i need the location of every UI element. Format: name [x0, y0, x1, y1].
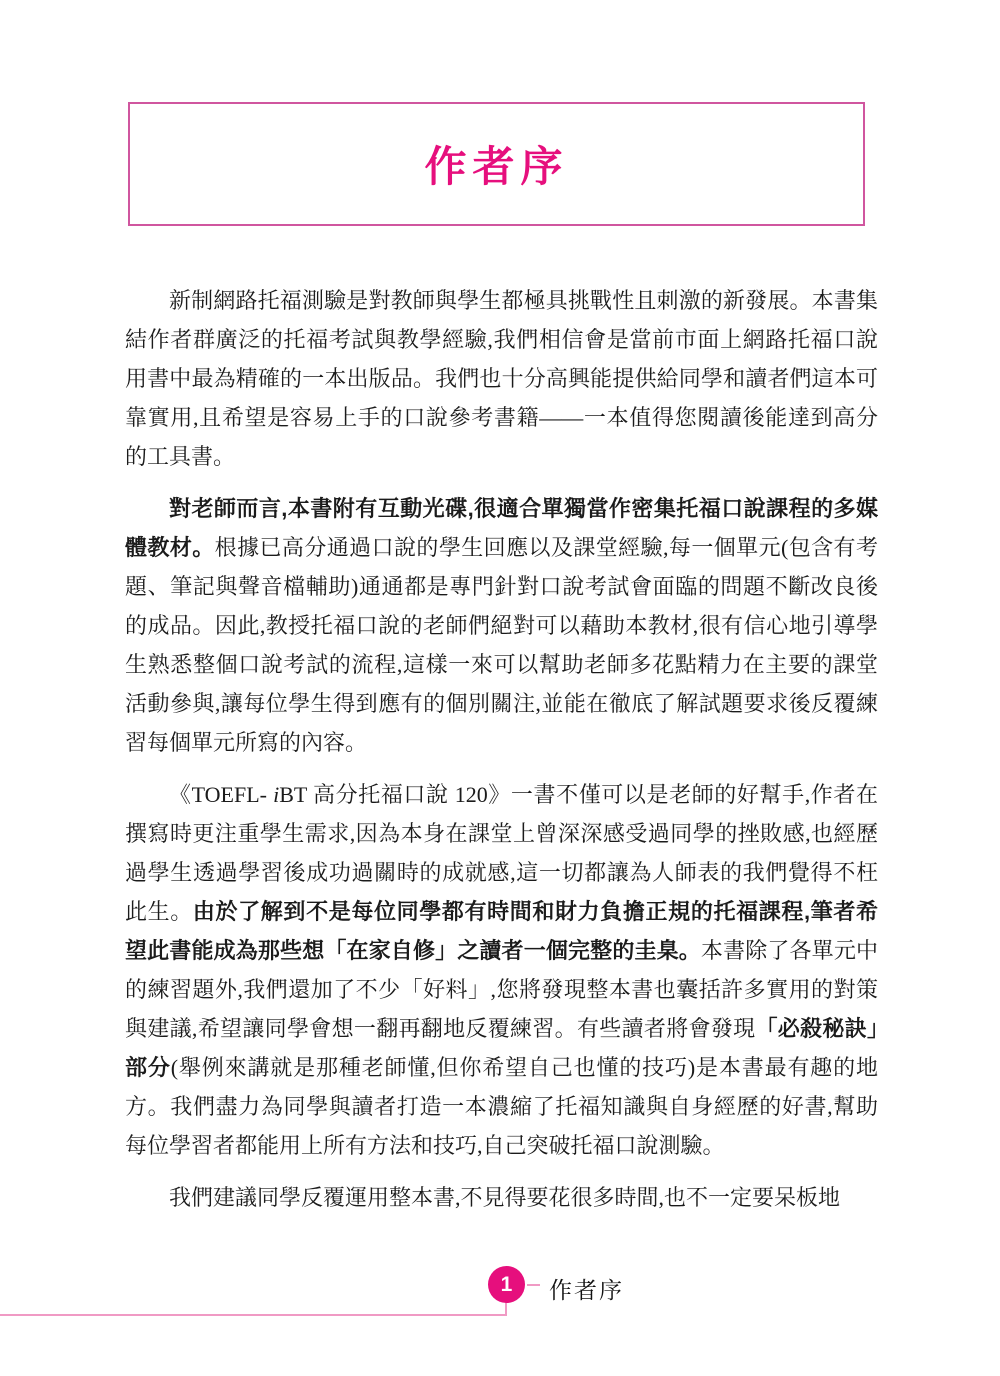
paragraph: 我們建議同學反覆運用整本書,不見得要花很多時間,也不一定要呆板地: [125, 1178, 878, 1217]
footer-rule-horizontal: [0, 1314, 507, 1316]
book-page: 作者序 新制網路托福測驗是對教師與學生都極具挑戰性且刺激的新發展。本書集結作者群…: [0, 0, 1000, 1376]
body-text-segment: 新制網路托福測驗是對教師與學生都極具挑戰性且刺激的新發展。本書集結作者群廣泛的托…: [125, 288, 878, 469]
paragraph: 《TOEFL- iBT 高分托福口說 120》一書不僅可以是老師的好幫手,作者在…: [125, 775, 878, 1165]
body-text-segment: 我們建議同學反覆運用整本書,不見得要花很多時間,也不一定要呆板地: [169, 1185, 840, 1210]
paragraph: 對老師而言,本書附有互動光碟,很適合單獨當作密集托福口說課程的多媒體教材。根據已…: [125, 489, 878, 762]
footer-connector-dash: [527, 1284, 540, 1286]
footer-section-label: 作者序: [549, 1272, 624, 1305]
page-title: 作者序: [424, 134, 568, 194]
footer-rule-vertical: [505, 1299, 507, 1316]
page-number: 1: [501, 1273, 513, 1297]
page-number-badge: 1: [488, 1266, 525, 1303]
body-text-segment: (舉例來講就是那種老師懂,但你希望自己也懂的技巧)是本書最有趣的地方。我們盡力為…: [125, 1055, 878, 1158]
title-box: 作者序: [128, 102, 865, 226]
body-text: 新制網路托福測驗是對教師與學生都極具挑戰性且刺激的新發展。本書集結作者群廣泛的托…: [125, 281, 878, 1217]
body-text-segment: 根據已高分通過口說的學生回應以及課堂經驗,每一個單元(包含有考題、筆記與聲音檔輔…: [125, 535, 878, 755]
paragraph: 新制網路托福測驗是對教師與學生都極具挑戰性且刺激的新發展。本書集結作者群廣泛的托…: [125, 281, 878, 476]
body-text-segment: 《TOEFL-: [169, 782, 273, 807]
